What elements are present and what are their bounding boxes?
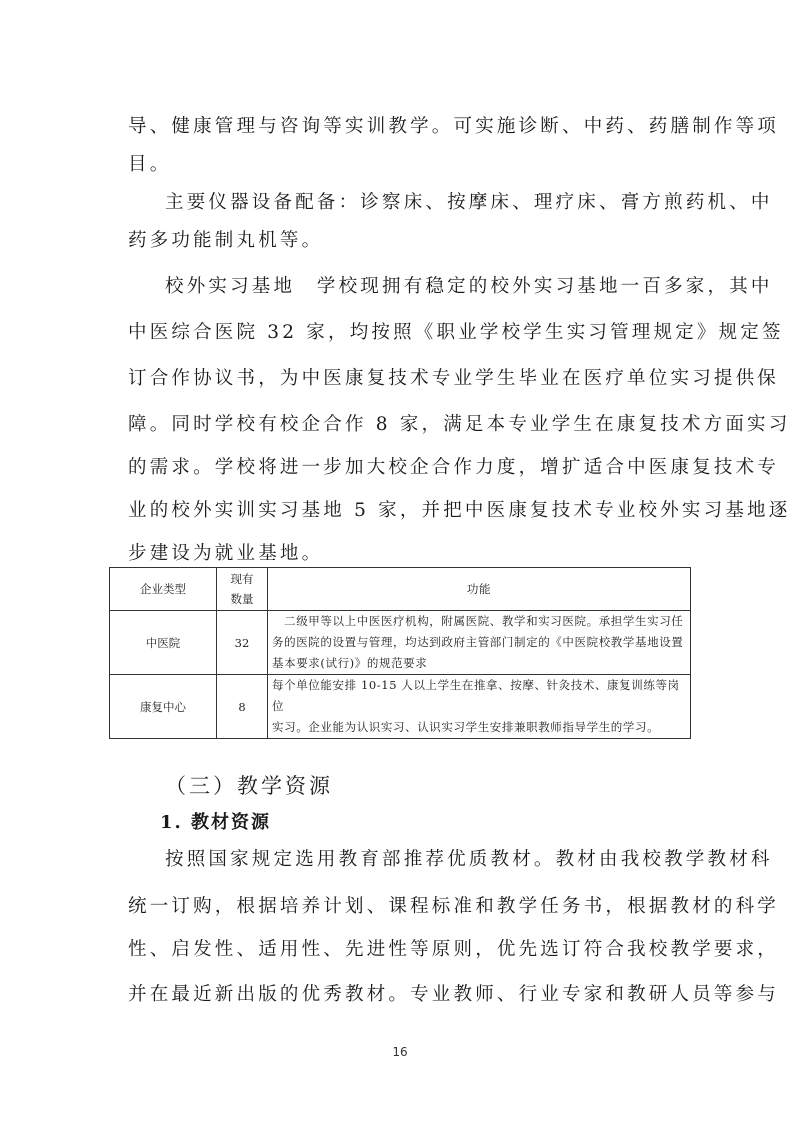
table-row: 中医院 32 二级甲等以上中医医疗机构，附属医院、教学和实习医院。承担学生实习任… <box>110 611 691 675</box>
function-line: 每个单位能安排 10-15 人以上学生在推拿、按摩、针灸技术、康复训练等岗位 <box>272 675 686 717</box>
paragraph-line: 并在最近新出版的优秀教材。专业教师、行业专家和教研人员等参与 <box>128 983 680 1007</box>
paragraph-line: 导、健康管理与咨询等实训教学。可实施诊断、中药、药膳制作等项 <box>128 115 680 139</box>
paragraph-line: 步建设为就业基地。 <box>128 542 680 566</box>
header-enterprise-type: 企业类型 <box>110 568 217 611</box>
paragraph-line: 业的校外实训实习基地 5 家，并把中医康复技术专业校外实习基地逐 <box>128 499 680 523</box>
function-line: 务的医院的设置与管理，均达到政府主管部门制定的《中医院校教学基地设置 <box>272 632 686 653</box>
header-count-line1: 现有 <box>221 569 263 589</box>
cell-function: 二级甲等以上中医医疗机构，附属医院、教学和实习医院。承担学生实习任 务的医院的设… <box>268 611 691 675</box>
header-count-line2: 数量 <box>221 589 263 609</box>
cell-type: 康复中心 <box>110 675 217 739</box>
cell-count: 32 <box>217 611 268 675</box>
document-page: 导、健康管理与咨询等实训教学。可实施诊断、中药、药膳制作等项 目。 主要仪器设备… <box>0 0 800 1131</box>
paragraph-line: 订合作协议书，为中医康复技术专业学生毕业在医疗单位实习提供保 <box>128 367 680 391</box>
paragraph-line: 目。 <box>128 153 680 177</box>
paragraph-line: 的需求。学校将进一步加大校企合作力度，增扩适合中医康复技术专 <box>128 456 680 480</box>
paragraph-line: 中医综合医院 32 家，均按照《职业学校学生实习管理规定》规定签 <box>128 321 680 345</box>
header-count: 现有 数量 <box>217 568 268 611</box>
function-line: 实习。企业能为认识实习、认识实习学生安排兼职教师指导学生的学习。 <box>272 717 686 738</box>
paragraph-line: 药多功能制丸机等。 <box>128 229 680 253</box>
cell-function: 每个单位能安排 10-15 人以上学生在推拿、按摩、针灸技术、康复训练等岗位 实… <box>268 675 691 739</box>
table-header-row: 企业类型 现有 数量 功能 <box>110 568 691 611</box>
function-line: 二级甲等以上中医医疗机构，附属医院、教学和实习医院。承担学生实习任 <box>272 611 686 632</box>
paragraph-line: 校外实习基地 学校现拥有稳定的校外实习基地一百多家，其中 <box>165 275 717 299</box>
section-heading: （三）教学资源 <box>165 770 333 800</box>
paragraph-line: 统一订购，根据培养计划、课程标准和教学任务书，根据教材的科学 <box>128 895 680 919</box>
page-number: 16 <box>0 1045 800 1059</box>
enterprise-table: 企业类型 现有 数量 功能 中医院 32 二级甲等以上中医医疗机构，附属医院、教… <box>109 567 691 739</box>
cell-type: 中医院 <box>110 611 217 675</box>
paragraph-line: 按照国家规定选用教育部推荐优质教材。教材由我校教学教材科 <box>165 848 717 872</box>
table-row: 康复中心 8 每个单位能安排 10-15 人以上学生在推拿、按摩、针灸技术、康复… <box>110 675 691 739</box>
cell-count: 8 <box>217 675 268 739</box>
paragraph-line: 性、启发性、适用性、先进性等原则，优先选订符合我校教学要求， <box>128 938 680 962</box>
paragraph-line: 障。同时学校有校企合作 8 家，满足本专业学生在康复技术方面实习 <box>128 413 680 437</box>
subsection-heading: 1. 教材资源 <box>160 808 271 834</box>
header-function: 功能 <box>268 568 691 611</box>
function-line: 基本要求(试行)》的规范要求 <box>272 653 686 674</box>
paragraph-line: 主要仪器设备配备：诊察床、按摩床、理疗床、膏方煎药机、中 <box>165 191 717 215</box>
